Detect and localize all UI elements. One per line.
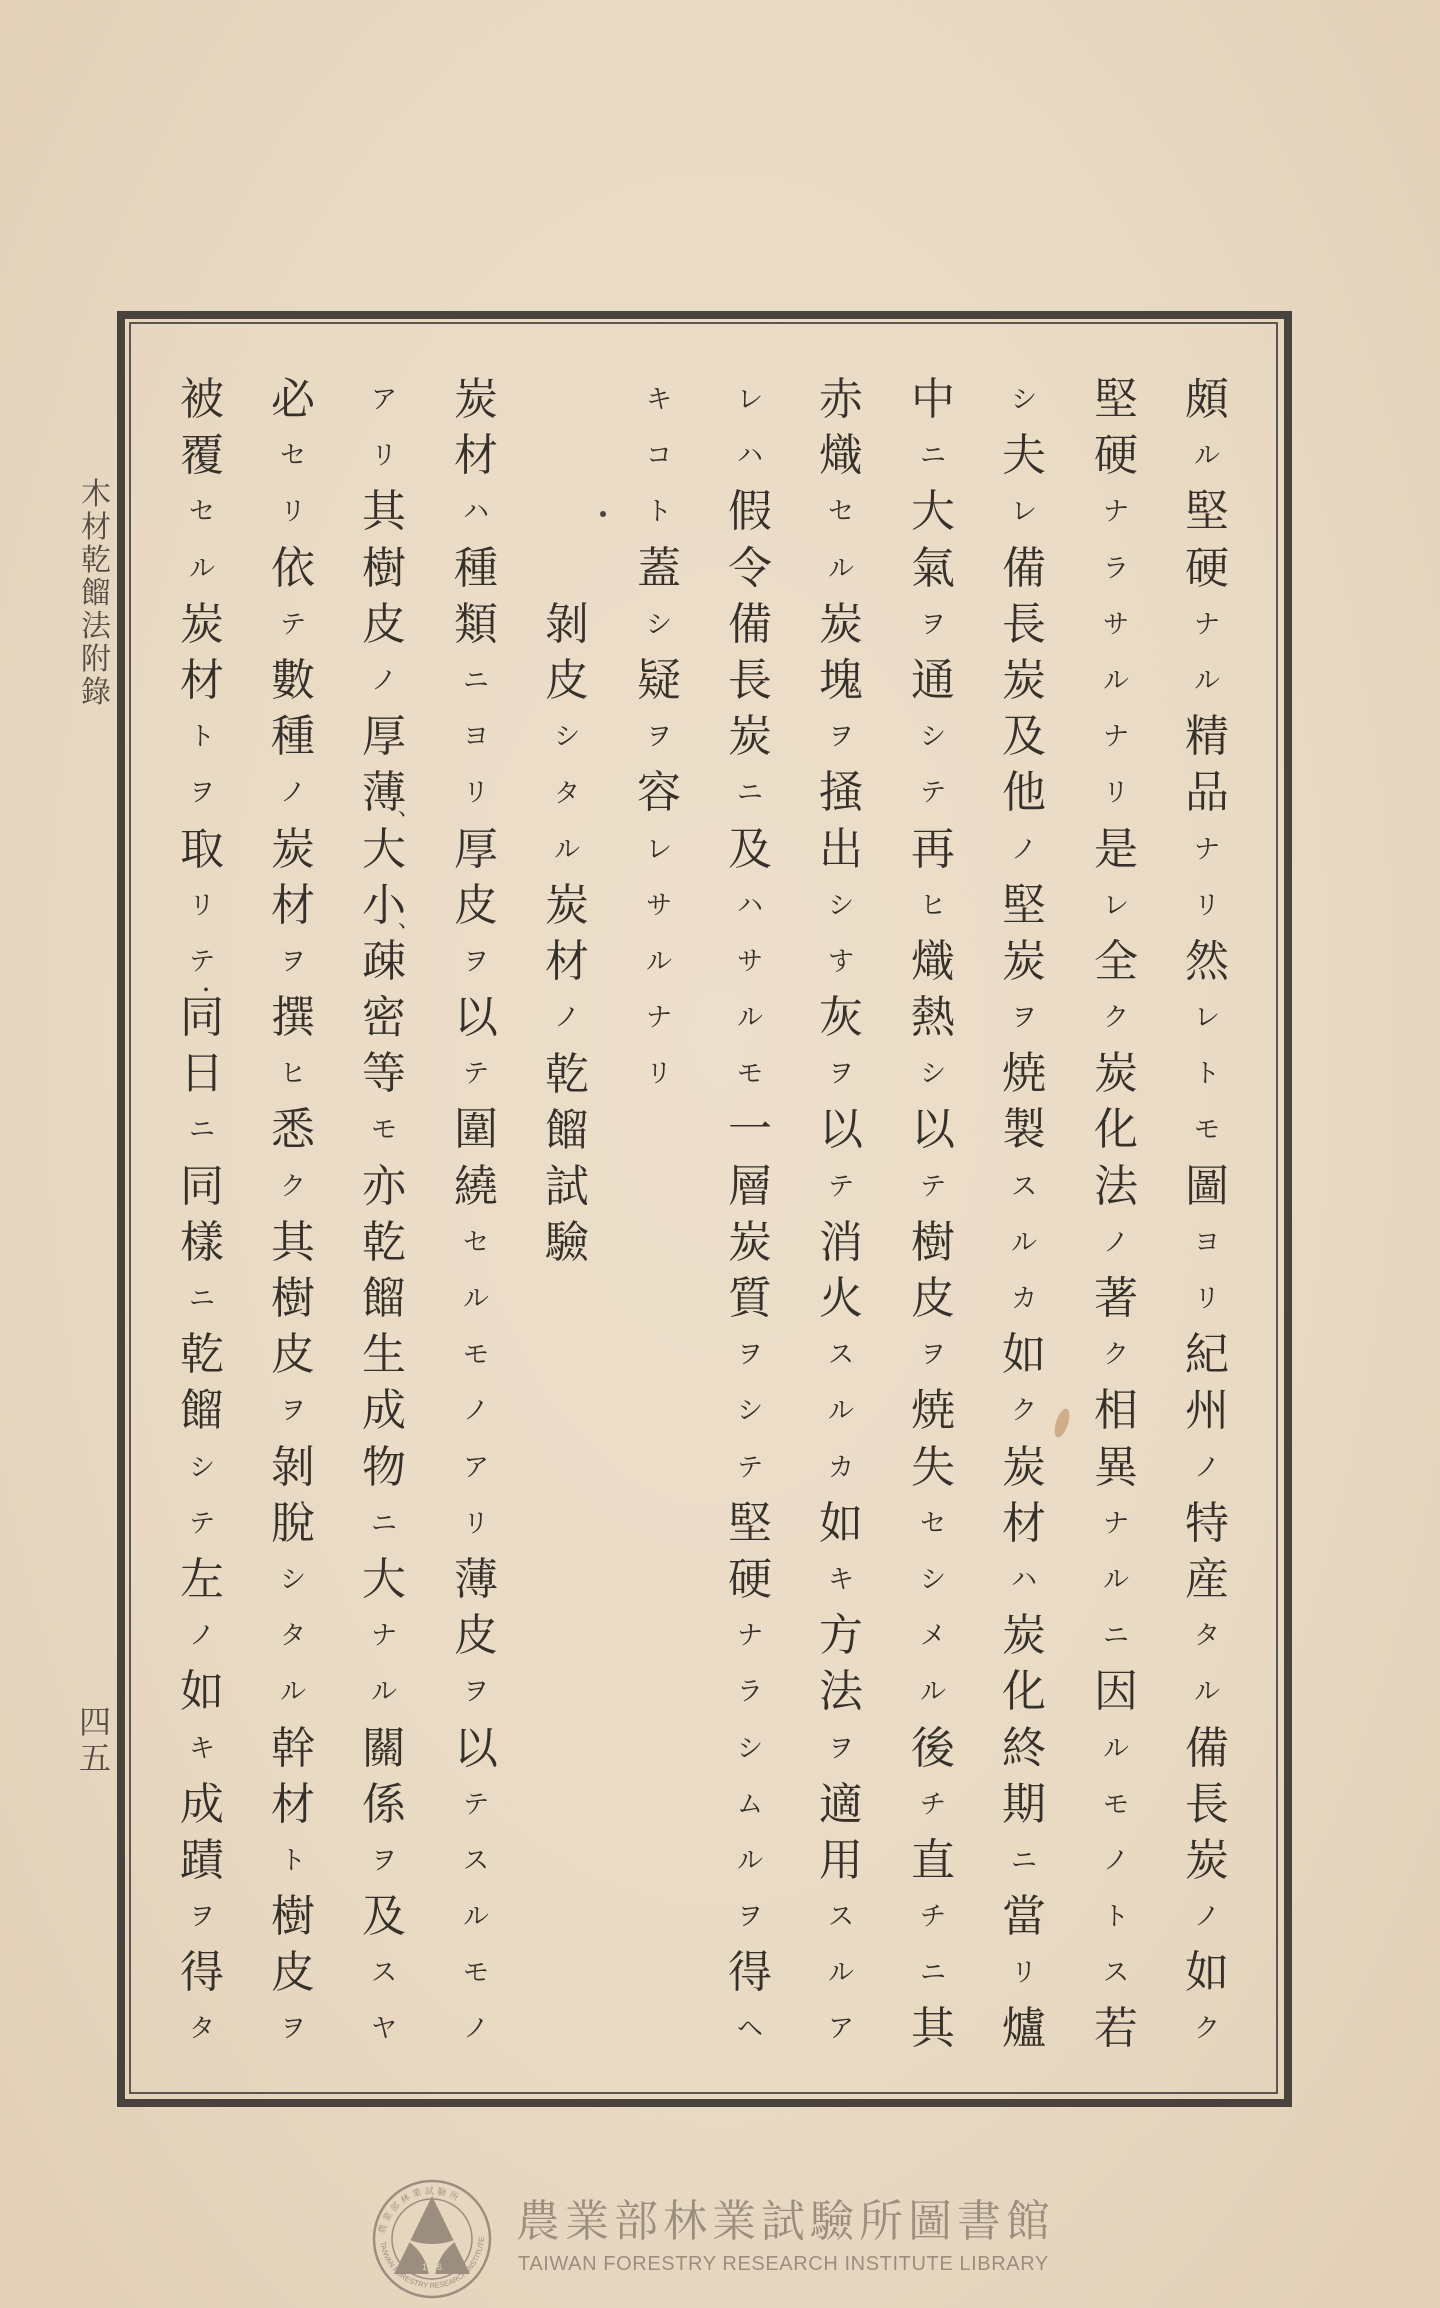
- glyph: ヨ: [446, 709, 506, 765]
- glyph: ラ: [1086, 541, 1146, 597]
- glyph: レ: [1177, 990, 1237, 1046]
- glyph: 炭: [994, 1440, 1054, 1496]
- glyph: ク: [1177, 2001, 1237, 2057]
- glyph: ス: [354, 1945, 414, 2001]
- glyph: 焼: [994, 1046, 1054, 1102]
- glyph: 以: [903, 1102, 963, 1158]
- glyph: ニ: [903, 1945, 963, 2001]
- glyph: 備: [720, 597, 780, 653]
- glyph: ル: [811, 541, 871, 597]
- glyph: 炭: [811, 597, 871, 653]
- glyph: ヲ: [354, 1833, 414, 1889]
- glyph: ヲ: [903, 597, 963, 653]
- glyph: テ: [263, 597, 323, 653]
- glyph: レ: [629, 822, 689, 878]
- glyph: 物: [354, 1440, 414, 1496]
- library-name-english: TAIWAN FORESTRY RESEARCH INSTITUTE LIBRA…: [518, 2252, 1049, 2276]
- glyph: 材: [172, 653, 232, 709]
- glyph: ナ: [629, 990, 689, 1046]
- glyph: テ: [720, 1440, 780, 1496]
- glyph: コ: [629, 428, 689, 484]
- glyph: レ: [994, 484, 1054, 540]
- glyph: ル: [994, 1215, 1054, 1271]
- glyph: ノ: [172, 1608, 232, 1664]
- glyph: ス: [811, 1327, 871, 1383]
- glyph: ノ: [446, 1383, 506, 1439]
- glyph: テ: [903, 1159, 963, 1215]
- glyph: 材: [537, 934, 597, 990]
- glyph: 炭: [172, 597, 232, 653]
- glyph: セ: [446, 1215, 506, 1271]
- glyph: ト: [629, 484, 689, 540]
- glyph: ス: [994, 1159, 1054, 1215]
- glyph: ル: [720, 990, 780, 1046]
- glyph: ニ: [1086, 1608, 1146, 1664]
- glyph: ル: [354, 1664, 414, 1720]
- glyph: シ: [903, 1552, 963, 1608]
- glyph: 熾: [811, 428, 871, 484]
- glyph: モ: [1177, 1102, 1237, 1158]
- glyph: シ: [263, 1552, 323, 1608]
- glyph: 炭: [446, 372, 506, 428]
- glyph: 依: [263, 541, 323, 597]
- glyph: 炭: [994, 934, 1054, 990]
- glyph: シ: [903, 709, 963, 765]
- glyph: 赤: [811, 372, 871, 428]
- glyph: 化: [1086, 1102, 1146, 1158]
- glyph: 及: [994, 709, 1054, 765]
- glyph: ラ: [720, 1664, 780, 1720]
- glyph: ニ: [994, 1833, 1054, 1889]
- glyph: レ: [1086, 878, 1146, 934]
- glyph: 全: [1086, 934, 1146, 990]
- glyph: 成: [354, 1383, 414, 1439]
- glyph: 氣: [903, 541, 963, 597]
- glyph: 取: [172, 822, 232, 878]
- punctuation-mark: 、: [398, 910, 420, 932]
- glyph: ナ: [1177, 822, 1237, 878]
- glyph: ル: [446, 1271, 506, 1327]
- glyph: 相: [1086, 1383, 1146, 1439]
- glyph: モ: [446, 1945, 506, 2001]
- glyph: ナ: [1086, 709, 1146, 765]
- glyph: カ: [994, 1271, 1054, 1327]
- glyph: ニ: [720, 765, 780, 821]
- glyph: 後: [903, 1721, 963, 1777]
- glyph: 五: [76, 1740, 114, 1776]
- glyph: ナ: [354, 1608, 414, 1664]
- glyph: ル: [263, 1664, 323, 1720]
- glyph: 係: [354, 1777, 414, 1833]
- glyph: 得: [720, 1945, 780, 2001]
- glyph: 繞: [446, 1159, 506, 1215]
- glyph: 乾: [354, 1215, 414, 1271]
- glyph: 硬: [1177, 541, 1237, 597]
- glyph: 密: [354, 990, 414, 1046]
- glyph: 堅: [1086, 372, 1146, 428]
- glyph: 覆: [172, 428, 232, 484]
- glyph: キ: [172, 1721, 232, 1777]
- library-logo-icon: 農業部林業試驗所 TAIWAN FORESTRY RESEARCH INSTIT…: [370, 2178, 494, 2300]
- heading-bullet-mark: [600, 511, 606, 517]
- glyph: 灰: [811, 990, 871, 1046]
- glyph: 炭: [1177, 1833, 1237, 1889]
- text-column-6: レハ假令備長炭ニ及ハサルモ一層炭質ヲシテ堅硬ナラシムルヲ得ヘ: [720, 372, 780, 2058]
- glyph: テ: [446, 1046, 506, 1102]
- glyph: 及: [720, 822, 780, 878]
- glyph: シ: [720, 1721, 780, 1777]
- glyph: 夫: [994, 428, 1054, 484]
- glyph: ヲ: [811, 1721, 871, 1777]
- glyph: リ: [994, 1945, 1054, 2001]
- text-column-1: 頗ル堅硬ナル精品ナリ然レトモ圖ヨリ紀州ノ特産タル備長炭ノ如ク: [1177, 372, 1237, 2058]
- glyph: 他: [994, 765, 1054, 821]
- glyph: ヲ: [172, 765, 232, 821]
- glyph: ヲ: [263, 934, 323, 990]
- glyph: ニ: [354, 1496, 414, 1552]
- glyph: リ: [1177, 1271, 1237, 1327]
- glyph: ヲ: [446, 1664, 506, 1720]
- glyph: ノ: [1177, 1440, 1237, 1496]
- glyph: リ: [446, 1496, 506, 1552]
- glyph: ス: [1086, 1945, 1146, 2001]
- glyph: 左: [172, 1552, 232, 1608]
- glyph: 得: [172, 1945, 232, 2001]
- glyph: 被: [172, 372, 232, 428]
- glyph: 法: [1086, 1159, 1146, 1215]
- glyph: ル: [1177, 428, 1237, 484]
- glyph: 材: [446, 428, 506, 484]
- glyph: 圖: [1177, 1159, 1237, 1215]
- glyph: 皮: [354, 597, 414, 653]
- glyph: 種: [446, 541, 506, 597]
- glyph: ル: [446, 1889, 506, 1945]
- glyph: タ: [263, 1608, 323, 1664]
- glyph: 塊: [811, 653, 871, 709]
- glyph: ル: [1177, 1664, 1237, 1720]
- glyph: 炭: [994, 1608, 1054, 1664]
- glyph: ナ: [720, 1608, 780, 1664]
- glyph: 法: [78, 610, 114, 643]
- glyph: ノ: [1177, 1889, 1237, 1945]
- glyph: 大: [903, 484, 963, 540]
- glyph: 材: [994, 1496, 1054, 1552]
- glyph: 皮: [446, 1608, 506, 1664]
- glyph: ナ: [1086, 1496, 1146, 1552]
- glyph: ノ: [1086, 1833, 1146, 1889]
- glyph: 炭: [720, 709, 780, 765]
- glyph: ス: [446, 1833, 506, 1889]
- glyph: 悉: [263, 1102, 323, 1158]
- glyph: 硬: [1086, 428, 1146, 484]
- glyph: 頗: [1177, 372, 1237, 428]
- glyph: ク: [1086, 990, 1146, 1046]
- glyph: モ: [1086, 1777, 1146, 1833]
- glyph: 關: [354, 1721, 414, 1777]
- glyph: 蹟: [172, 1833, 232, 1889]
- glyph: す: [811, 934, 871, 990]
- glyph: ナ: [1177, 597, 1237, 653]
- glyph: ト: [172, 709, 232, 765]
- glyph: ノ: [994, 822, 1054, 878]
- glyph: 層: [720, 1159, 780, 1215]
- glyph: シ: [720, 1383, 780, 1439]
- glyph: ル: [1086, 1721, 1146, 1777]
- glyph: ル: [537, 822, 597, 878]
- text-column-4: 中ニ大氣ヲ通シテ再ヒ熾熱シ以テ樹皮ヲ焼失セシメル後チ直チニ其: [903, 372, 963, 2058]
- glyph: 以: [446, 990, 506, 1046]
- glyph: 皮: [537, 653, 597, 709]
- glyph: 長: [720, 653, 780, 709]
- glyph: ハ: [720, 428, 780, 484]
- text-column-3: シ夫レ備長炭及他ノ堅炭ヲ焼製スルカ如ク炭材ハ炭化終期ニ當リ爐: [994, 372, 1054, 2058]
- glyph: リ: [629, 1046, 689, 1102]
- glyph: 脫: [263, 1496, 323, 1552]
- glyph: キ: [811, 1552, 871, 1608]
- glyph: シ: [629, 597, 689, 653]
- text-column-7: キコト蓋シ疑ヲ容レサルナリ: [629, 372, 689, 1102]
- glyph: 如: [994, 1327, 1054, 1383]
- glyph: キ: [629, 372, 689, 428]
- glyph: テ: [903, 765, 963, 821]
- glyph: タ: [537, 766, 597, 822]
- glyph: 化: [994, 1664, 1054, 1720]
- glyph: 樹: [354, 541, 414, 597]
- glyph: ノ: [1086, 1215, 1146, 1271]
- glyph: ハ: [994, 1552, 1054, 1608]
- punctuation-mark: 、: [398, 798, 420, 820]
- glyph: 中: [903, 372, 963, 428]
- glyph: セ: [903, 1496, 963, 1552]
- glyph: 皮: [446, 878, 506, 934]
- glyph: リ: [1177, 878, 1237, 934]
- glyph: 幹: [263, 1721, 323, 1777]
- glyph: カ: [811, 1440, 871, 1496]
- glyph: ル: [811, 1383, 871, 1439]
- glyph: 撰: [263, 990, 323, 1046]
- glyph: ト: [263, 1833, 323, 1889]
- glyph: ヨ: [1177, 1215, 1237, 1271]
- glyph: サ: [1086, 597, 1146, 653]
- glyph: 蓋: [629, 541, 689, 597]
- glyph: テ・: [172, 934, 232, 990]
- glyph: 餾: [78, 577, 114, 610]
- glyph: ヲ: [720, 1889, 780, 1945]
- glyph: ク: [994, 1383, 1054, 1439]
- glyph: リ: [446, 765, 506, 821]
- glyph: シ: [994, 372, 1054, 428]
- text-column-12: 被覆セル炭材トヲ取リテ・同日ニ同樣ニ乾餾シテ左ノ如キ成蹟ヲ得タ: [172, 372, 232, 2058]
- glyph: 如: [172, 1664, 232, 1720]
- glyph: 炭: [1086, 1046, 1146, 1102]
- glyph: 異: [1086, 1440, 1146, 1496]
- glyph: ル: [903, 1664, 963, 1720]
- text-column-11: 必セリ依テ數種ノ炭材ヲ撰ヒ悉ク其樹皮ヲ剝脫シタル幹材ト樹皮ヲ: [263, 372, 323, 2058]
- glyph: 類: [446, 597, 506, 653]
- glyph: 如: [1177, 1945, 1237, 2001]
- glyph: 備: [1177, 1721, 1237, 1777]
- glyph: 大: [354, 822, 414, 878]
- glyph: ル: [629, 934, 689, 990]
- glyph: ノ: [263, 765, 323, 821]
- glyph: 炭: [537, 878, 597, 934]
- glyph: 假: [720, 484, 780, 540]
- glyph: 硬: [720, 1552, 780, 1608]
- glyph: 驗: [537, 1215, 597, 1271]
- library-name-chinese: 農業部林業試驗所圖書館: [516, 2194, 1055, 2250]
- glyph: ハ: [720, 878, 780, 934]
- glyph: ク: [1086, 1327, 1146, 1383]
- glyph: 紀: [1177, 1327, 1237, 1383]
- glyph: ヤ: [354, 2001, 414, 2057]
- glyph: 圍: [446, 1102, 506, 1158]
- text-column-9: 炭材ハ種類ニヨリ厚皮ヲ以テ圍繞セルモノアリ薄皮ヲ以テスルモノ: [446, 372, 506, 2058]
- glyph: 以: [811, 1102, 871, 1158]
- glyph: 附: [78, 643, 114, 676]
- glyph: 掻: [811, 765, 871, 821]
- glyph: 堅: [1177, 484, 1237, 540]
- glyph: ニ: [446, 653, 506, 709]
- glyph: 炭: [720, 1215, 780, 1271]
- running-title: 木材乾餾法附錄: [78, 478, 114, 709]
- glyph: 乾: [537, 1047, 597, 1103]
- glyph: リ: [172, 878, 232, 934]
- glyph: 炭: [263, 822, 323, 878]
- glyph: 堅: [994, 878, 1054, 934]
- glyph: 餾: [537, 1103, 597, 1159]
- glyph: ナ: [1086, 484, 1146, 540]
- glyph: ヲ: [172, 1889, 232, 1945]
- glyph: 疑: [629, 653, 689, 709]
- glyph: ノ: [354, 653, 414, 709]
- glyph: 必: [263, 372, 323, 428]
- glyph: 是: [1086, 822, 1146, 878]
- glyph: チ: [903, 1777, 963, 1833]
- glyph: ヒ: [263, 1046, 323, 1102]
- glyph: 等: [354, 1046, 414, 1102]
- glyph: 其: [354, 484, 414, 540]
- glyph: 爐: [994, 2001, 1054, 2057]
- glyph: ヲ: [811, 709, 871, 765]
- glyph: ニ: [903, 428, 963, 484]
- glyph: 消: [811, 1215, 871, 1271]
- glyph: ニ: [172, 1271, 232, 1327]
- glyph: 容: [629, 765, 689, 821]
- glyph: 如: [811, 1496, 871, 1552]
- glyph: サ: [720, 934, 780, 990]
- glyph: 其: [263, 1215, 323, 1271]
- glyph: 熾: [903, 934, 963, 990]
- glyph: ヘ: [720, 2001, 780, 2057]
- glyph: レ: [720, 372, 780, 428]
- glyph: ル: [1086, 653, 1146, 709]
- logo-year: 1896: [422, 2262, 442, 2272]
- glyph: 一: [720, 1102, 780, 1158]
- glyph: チ: [903, 1889, 963, 1945]
- glyph: テ: [446, 1777, 506, 1833]
- glyph: ト: [1177, 1046, 1237, 1102]
- glyph: 用: [811, 1833, 871, 1889]
- glyph: ル: [720, 1833, 780, 1889]
- glyph: 乾: [78, 544, 114, 577]
- glyph: 皮: [263, 1945, 323, 2001]
- glyph: 其: [903, 2001, 963, 2057]
- glyph: 及: [354, 1889, 414, 1945]
- glyph: ヲ: [629, 709, 689, 765]
- glyph: 餾: [354, 1271, 414, 1327]
- glyph: 剝: [263, 1440, 323, 1496]
- glyph: 材: [78, 511, 114, 544]
- glyph: 備: [994, 541, 1054, 597]
- glyph: ハ: [446, 484, 506, 540]
- glyph: 同: [172, 990, 232, 1046]
- glyph: 失: [903, 1440, 963, 1496]
- glyph: モ: [354, 1102, 414, 1158]
- glyph: 疎: [354, 934, 414, 990]
- glyph: ス: [811, 1889, 871, 1945]
- glyph: 皮: [903, 1271, 963, 1327]
- glyph: メ: [903, 1608, 963, 1664]
- glyph: 日: [172, 1046, 232, 1102]
- glyph: ア: [446, 1440, 506, 1496]
- glyph: 因: [1086, 1664, 1146, 1720]
- glyph: タ: [172, 2001, 232, 2057]
- glyph: 堅: [720, 1496, 780, 1552]
- glyph: テ: [172, 1496, 232, 1552]
- glyph: 錄: [78, 676, 114, 709]
- glyph: ム: [720, 1777, 780, 1833]
- glyph: 期: [994, 1777, 1054, 1833]
- glyph: 薄、: [354, 765, 414, 821]
- glyph: ア: [354, 372, 414, 428]
- glyph: セ: [172, 484, 232, 540]
- glyph: 以: [446, 1721, 506, 1777]
- glyph: 通: [903, 653, 963, 709]
- glyph: セ: [811, 484, 871, 540]
- glyph: 大: [354, 1552, 414, 1608]
- glyph: 亦: [354, 1159, 414, 1215]
- glyph: 直: [903, 1833, 963, 1889]
- glyph: タ: [1177, 1608, 1237, 1664]
- glyph: サ: [629, 878, 689, 934]
- glyph: 著: [1086, 1271, 1146, 1327]
- glyph: ク: [263, 1159, 323, 1215]
- glyph: 焼: [903, 1383, 963, 1439]
- glyph: 適: [811, 1777, 871, 1833]
- glyph: 質: [720, 1271, 780, 1327]
- glyph: 試: [537, 1159, 597, 1215]
- glyph: ア: [811, 2001, 871, 2057]
- glyph: 材: [263, 1777, 323, 1833]
- glyph: ル: [811, 1945, 871, 2001]
- glyph: リ: [354, 428, 414, 484]
- glyph: ヒ: [903, 878, 963, 934]
- glyph: 再: [903, 822, 963, 878]
- glyph: テ: [811, 1159, 871, 1215]
- glyph: シ: [537, 709, 597, 765]
- glyph: 産: [1177, 1552, 1237, 1608]
- glyph: 小、: [354, 878, 414, 934]
- glyph: 終: [994, 1721, 1054, 1777]
- glyph: 乾: [172, 1327, 232, 1383]
- glyph: 同: [172, 1159, 232, 1215]
- glyph: 木: [78, 478, 114, 511]
- glyph: 數: [263, 653, 323, 709]
- glyph: 剝: [537, 597, 597, 653]
- glyph: リ: [263, 484, 323, 540]
- glyph: 樹: [903, 1215, 963, 1271]
- glyph: 四: [76, 1704, 114, 1740]
